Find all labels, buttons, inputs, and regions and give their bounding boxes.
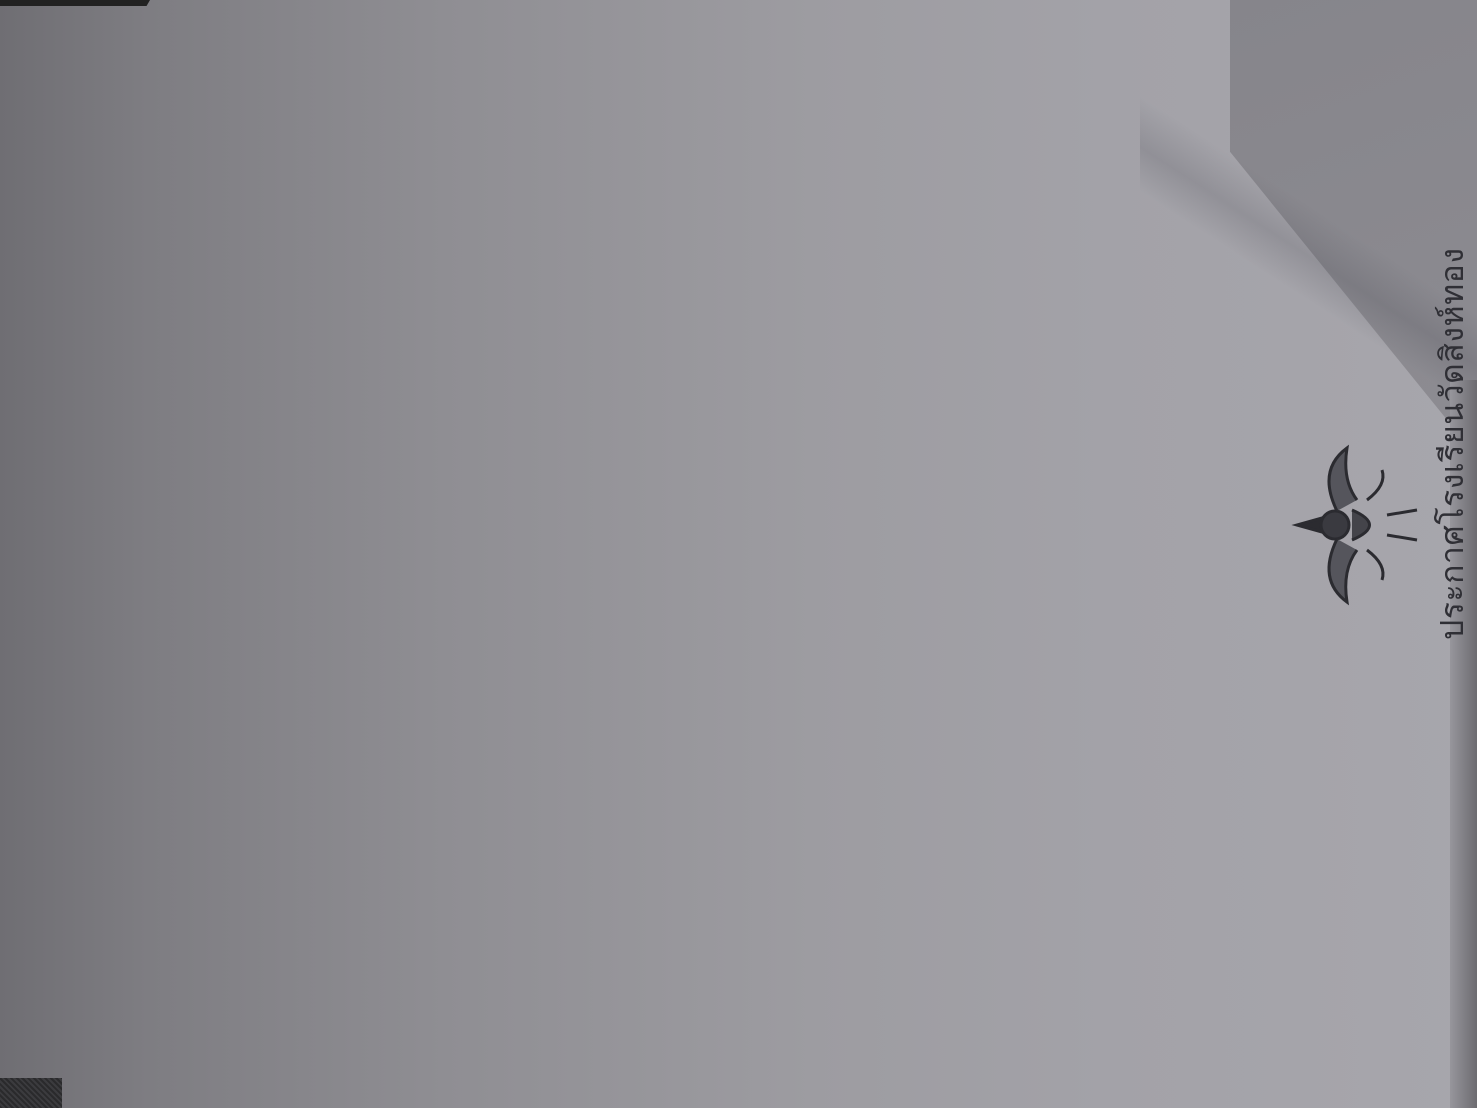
document-title: ประกาศโรงเรียนวัดสิงห์ทอง — [1427, 247, 1477, 640]
background-edge — [0, 0, 150, 6]
announcement-document: ประกาศโรงเรียนวัดสิงห์ทอง เรื่อง ประกาศผ… — [1247, 0, 1477, 1080]
table-surface — [0, 1078, 62, 1108]
garuda-emblem-icon — [1277, 440, 1427, 610]
